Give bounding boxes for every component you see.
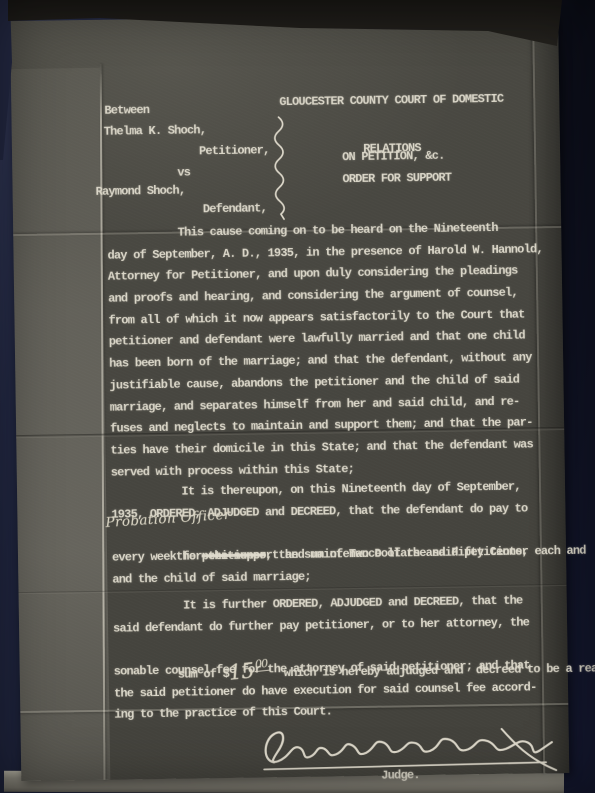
typed-content: GLOUCESTER COUNTY COURT OF DOMESTIC RELA… — [10, 13, 569, 781]
matter-line1: ON PETITION, &c. — [342, 149, 445, 165]
document-sheet: GLOUCESTER COUNTY COURT OF DOMESTIC RELA… — [10, 13, 569, 781]
petitioner-role: Petitioner, — [199, 143, 270, 158]
defendant-role: Defendant, — [203, 201, 267, 216]
fee-dollars: 15 — [228, 658, 255, 684]
court-header-line1: GLOUCESTER COUNTY COURT OF DOMESTIC — [266, 91, 516, 111]
photograph-of-court-order: GLOUCESTER COUNTY COURT OF DOMESTIC RELA… — [0, 0, 595, 793]
between-label: Between — [104, 103, 149, 118]
defendant-name: Raymond Shoch, — [95, 184, 185, 199]
paragraph-1-lines: This cause coming on to be heard on the … — [107, 217, 546, 484]
amended-prefix: the — [176, 549, 202, 563]
paragraph-3: It is further ORDERED, ADJUDGED and DECR… — [113, 589, 595, 726]
caption-brace — [273, 115, 291, 221]
amended-suffix: , the sum of Two Dollars and Fifty Cents… — [266, 544, 586, 563]
paragraph-2: It is thereupon, on this Nineteenth day … — [111, 476, 586, 591]
paragraph-1: This cause coming on to be heard on the … — [107, 217, 546, 484]
petitioner-name: Thelma K. Shoch, — [104, 123, 207, 139]
struck-word-petitioner: petitioner — [202, 548, 266, 563]
paragraph-3-lines-before: It is further ORDERED, ADJUDGED and DECR… — [113, 589, 595, 640]
handwritten-fee-amount: 1500 — [228, 659, 272, 688]
judge-title: Judge. — [381, 768, 420, 783]
vs-label: vs — [177, 165, 190, 179]
amended-line: Probation Officerthe petitioner, the sum… — [112, 519, 586, 548]
matter-line2: ORDER FOR SUPPORT — [342, 171, 451, 187]
paragraph-3-lines-after: sonable counsel fee for the attorney of … — [114, 654, 595, 726]
fee-cents: 00 — [254, 657, 270, 672]
